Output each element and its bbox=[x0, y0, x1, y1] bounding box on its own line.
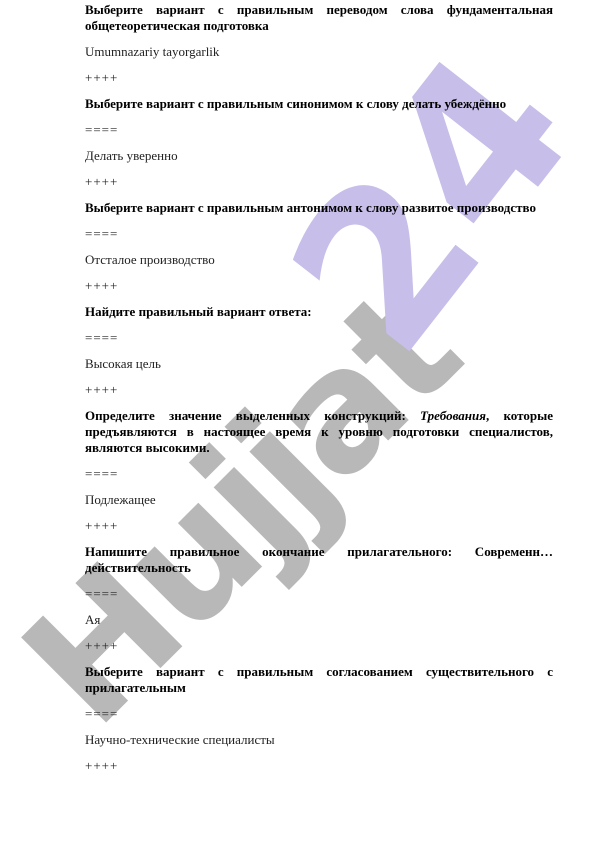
document-content: Выберите вариант с правильным переводом … bbox=[0, 0, 596, 774]
separator-plus: ++++ bbox=[85, 638, 553, 654]
highlighted-construction: Требования bbox=[420, 408, 486, 423]
answer-text: Отсталое производство bbox=[85, 252, 553, 268]
separator-equals: ==== bbox=[85, 122, 553, 138]
question-text: Выберите вариант с правильным антонимом … bbox=[85, 200, 553, 216]
question-text: Определите значение выделенных конструкц… bbox=[85, 408, 553, 456]
question-text: Выберите вариант с правильным синонимом … bbox=[85, 96, 553, 112]
separator-plus: ++++ bbox=[85, 758, 553, 774]
separator-plus: ++++ bbox=[85, 518, 553, 534]
separator-plus: ++++ bbox=[85, 278, 553, 294]
separator-equals: ==== bbox=[85, 226, 553, 242]
question-segment: Определите значение выделенных конструкц… bbox=[85, 408, 420, 423]
answer-text: Делать уверенно bbox=[85, 148, 553, 164]
document-page: Hujjat 24 Выберите вариант с правильным … bbox=[0, 0, 596, 842]
question-text: Выберите вариант с правильным согласован… bbox=[85, 664, 553, 696]
answer-text: Научно-технические специалисты bbox=[85, 732, 553, 748]
separator-equals: ==== bbox=[85, 466, 553, 482]
separator-plus: ++++ bbox=[85, 70, 553, 86]
answer-text: Ая bbox=[85, 612, 553, 628]
separator-plus: ++++ bbox=[85, 382, 553, 398]
question-text: Выберите вариант с правильным переводом … bbox=[85, 2, 553, 34]
answer-text: Umumnazariy tayorgarlik bbox=[85, 44, 553, 60]
question-text: Найдите правильный вариант ответа: bbox=[85, 304, 553, 320]
separator-equals: ==== bbox=[85, 586, 553, 602]
answer-text: Высокая цель bbox=[85, 356, 553, 372]
answer-text: Подлежащее bbox=[85, 492, 553, 508]
separator-plus: ++++ bbox=[85, 174, 553, 190]
separator-equals: ==== bbox=[85, 706, 553, 722]
separator-equals: ==== bbox=[85, 330, 553, 346]
question-text: Напишите правильное окончание прилагател… bbox=[85, 544, 553, 576]
